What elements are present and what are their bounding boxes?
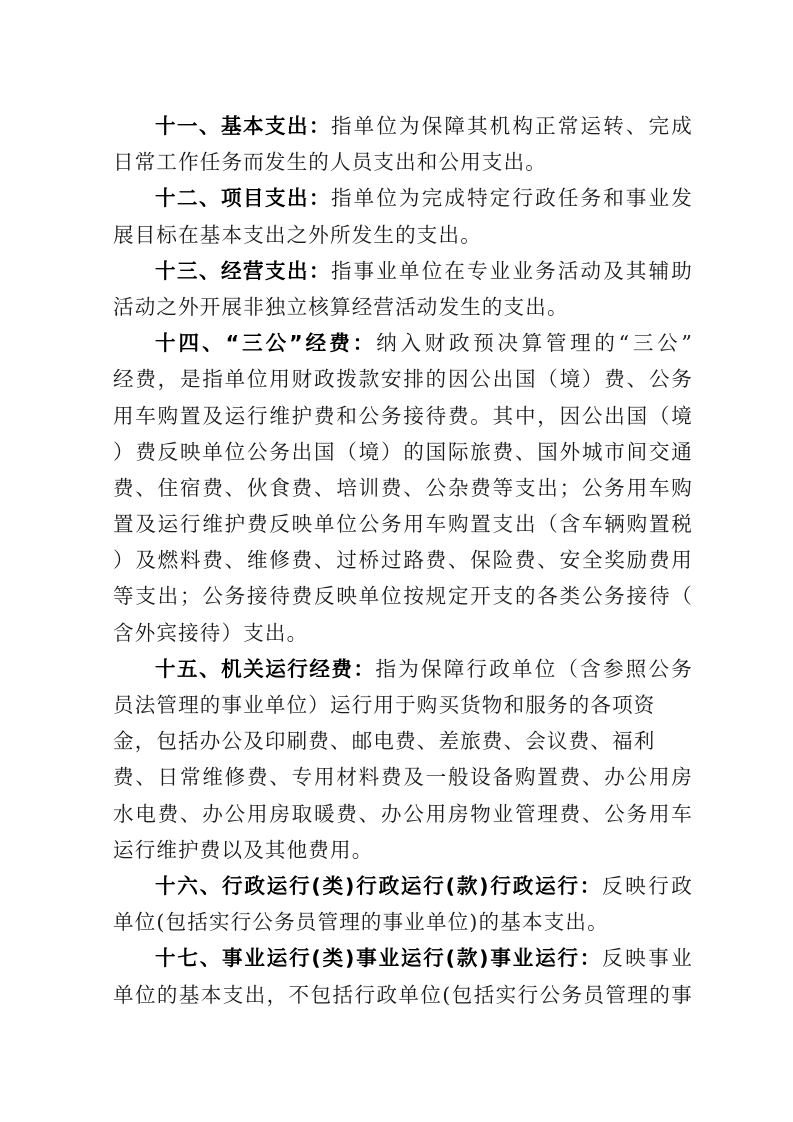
paragraph-16-line-1: 十六、行政运行(类)行政运行(款)行政运行：反映行政 bbox=[113, 868, 693, 904]
paragraph-14-line-1: 十四、“三公”经费：纳入财政预决算管理的“三公” bbox=[113, 325, 693, 361]
paragraph-13-line-1: 十三、经营支出：指事业单位在专业业务活动及其辅助 bbox=[113, 253, 693, 289]
paragraph-17-line-2: 单位的基本支出，不包括行政单位(包括实行公务员管理的事 bbox=[113, 977, 693, 1013]
paragraph-11-text: 指单位为保障其机构正常运转、完成 bbox=[331, 114, 693, 138]
paragraph-14-heading: 十四、“三公”经费： bbox=[155, 331, 376, 355]
paragraph-14-line-6: 置及运行维护费反映单位公务用车购置支出（含车辆购置税 bbox=[113, 506, 693, 542]
paragraph-14-line-5: 费、住宿费、伙食费、培训费、公杂费等支出；公务用车购 bbox=[113, 470, 693, 506]
paragraph-12-text: 指单位为完成特定行政任务和事业发 bbox=[331, 186, 693, 210]
paragraph-15-line-6: 运行维护费以及其他费用。 bbox=[113, 832, 693, 868]
document-page: 十一、基本支出：指单位为保障其机构正常运转、完成 日常工作任务而发生的人员支出和… bbox=[113, 108, 693, 1013]
paragraph-14-line-2: 经费，是指单位用财政拨款安排的因公出国（境）费、公务 bbox=[113, 361, 693, 397]
paragraph-17-line-1: 十七、事业运行(类)事业运行(款)事业运行：反映事业 bbox=[113, 940, 693, 976]
paragraph-15-line-1: 十五、机关运行经费：指为保障行政单位（含参照公务 bbox=[113, 651, 693, 687]
paragraph-13-heading: 十三、经营支出： bbox=[155, 259, 331, 283]
paragraph-12-line-2: 展目标在基本支出之外所发生的支出。 bbox=[113, 217, 693, 253]
paragraph-15-line-5: 水电费、办公用房取暖费、办公用房物业管理费、公务用车 bbox=[113, 796, 693, 832]
paragraph-14-text: 纳入财政预决算管理的“三公” bbox=[376, 331, 693, 355]
paragraph-17-heading: 十七、事业运行(类)事业运行(款)事业运行： bbox=[155, 946, 602, 970]
paragraph-13-line-2: 活动之外开展非独立核算经营活动发生的支出。 bbox=[113, 289, 693, 325]
paragraph-13-text: 指事业单位在专业业务活动及其辅助 bbox=[331, 259, 693, 283]
paragraph-11-heading: 十一、基本支出： bbox=[155, 114, 331, 138]
paragraph-16-line-2: 单位(包括实行公务员管理的事业单位)的基本支出。 bbox=[113, 904, 693, 940]
paragraph-14-line-7: ）及燃料费、维修费、过桥过路费、保险费、安全奖励费用 bbox=[113, 542, 693, 578]
paragraph-14-line-9: 含外宾接待）支出。 bbox=[113, 615, 693, 651]
paragraph-14-line-8: 等支出；公务接待费反映单位按规定开支的各类公务接待（ bbox=[113, 578, 693, 614]
paragraph-14-line-3: 用车购置及运行维护费和公务接待费。其中，因公出国（境 bbox=[113, 398, 693, 434]
paragraph-15-line-3: 金，包括办公及印刷费、邮电费、差旅费、会议费、福利 bbox=[113, 723, 693, 759]
paragraph-15-heading: 十五、机关运行经费： bbox=[155, 657, 376, 681]
paragraph-17-text: 反映事业 bbox=[602, 946, 693, 970]
paragraph-11-line-2: 日常工作任务而发生的人员支出和公用支出。 bbox=[113, 144, 693, 180]
paragraph-15-line-4: 费、日常维修费、专用材料费及一般设备购置费、办公用房 bbox=[113, 759, 693, 795]
paragraph-15-line-2: 员法管理的事业单位）运行用于购买货物和服务的各项资 bbox=[113, 687, 693, 723]
paragraph-16-heading: 十六、行政运行(类)行政运行(款)行政运行： bbox=[155, 874, 602, 898]
paragraph-14-line-4: ）费反映单位公务出国（境）的国际旅费、国外城市间交通 bbox=[113, 434, 693, 470]
paragraph-12-line-1: 十二、项目支出：指单位为完成特定行政任务和事业发 bbox=[113, 180, 693, 216]
paragraph-12-heading: 十二、项目支出： bbox=[155, 186, 331, 210]
paragraph-16-text: 反映行政 bbox=[602, 874, 693, 898]
paragraph-11-line-1: 十一、基本支出：指单位为保障其机构正常运转、完成 bbox=[113, 108, 693, 144]
paragraph-15-text: 指为保障行政单位（含参照公务 bbox=[376, 657, 693, 681]
